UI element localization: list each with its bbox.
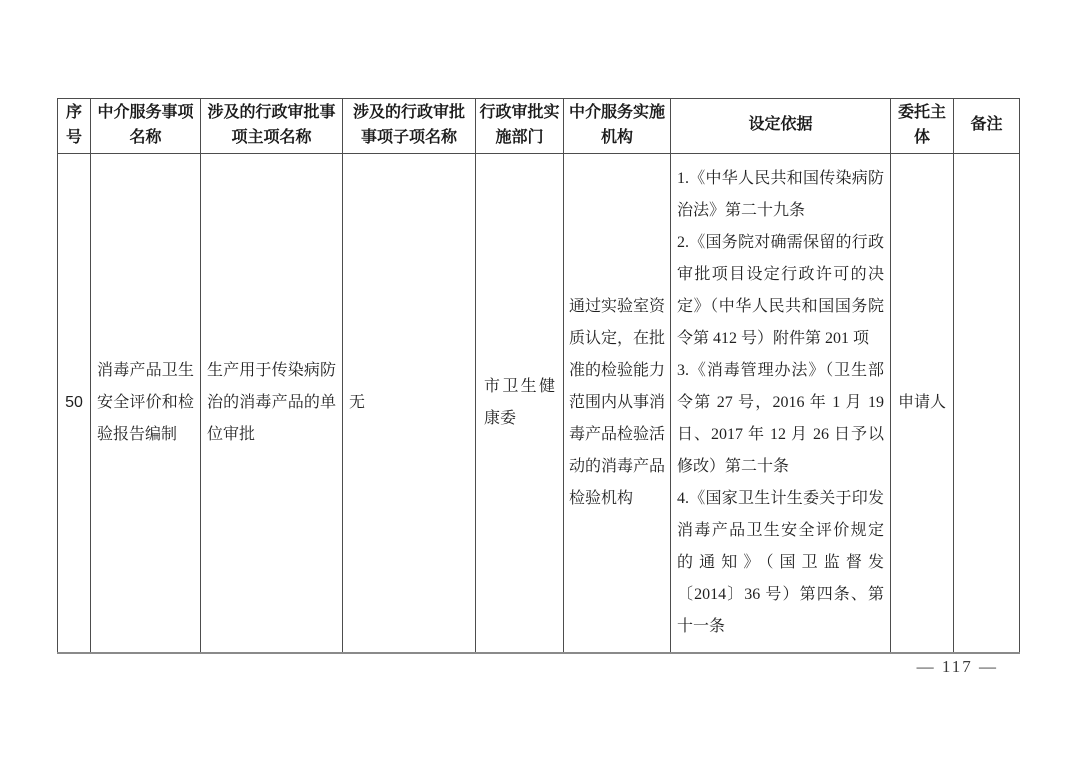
header-row: 序号 中介服务事项名称 涉及的行政审批事项主项名称 涉及的行政审批事项子项名称 … xyxy=(58,99,1020,154)
header-service-name: 中介服务事项名称 xyxy=(91,99,201,154)
cell-principal: 申请人 xyxy=(891,153,954,653)
header-main-item-name: 涉及的行政审批事项主项名称 xyxy=(201,99,343,154)
header-implementing-org: 中介服务实施机构 xyxy=(564,99,671,154)
cell-service-name: 消毒产品卫生安全评价和检验报告编制 xyxy=(91,153,201,653)
table-row: 50 消毒产品卫生安全评价和检验报告编制 生产用于传染病防治的消毒产品的单位审批… xyxy=(58,153,1020,653)
cell-legal-basis: 1.《中华人民共和国传染病防治法》第二十九条2.《国务院对确需保留的行政审批项目… xyxy=(671,153,891,653)
header-approval-department: 行政审批实施部门 xyxy=(476,99,564,154)
header-remarks: 备注 xyxy=(954,99,1020,154)
legal-basis-item: 2.《国务院对确需保留的行政审批项目设定行政许可的决定》（中华人民共和国国务院令… xyxy=(677,227,884,355)
cell-remarks xyxy=(954,153,1020,653)
cell-main-item-name: 生产用于传染病防治的消毒产品的单位审批 xyxy=(201,153,343,653)
legal-basis-item: 4.《国家卫生计生委关于印发消毒产品卫生安全评价规定的通知》（国卫监督发〔201… xyxy=(677,483,884,643)
header-seq: 序号 xyxy=(58,99,91,154)
document-page: 序号 中介服务事项名称 涉及的行政审批事项主项名称 涉及的行政审批事项子项名称 … xyxy=(0,0,1074,757)
header-legal-basis: 设定依据 xyxy=(671,99,891,154)
header-sub-item-name: 涉及的行政审批事项子项名称 xyxy=(343,99,476,154)
cell-seq: 50 xyxy=(58,153,91,653)
legal-basis-item: 3.《消毒管理办法》（卫生部令第 27 号，2016 年 1 月 19 日、20… xyxy=(677,355,884,483)
cell-implementing-org: 通过实验室资质认定，在批准的检验能力范围内从事消毒产品检验活动的消毒产品检验机构 xyxy=(564,153,671,653)
header-principal: 委托主体 xyxy=(891,99,954,154)
cell-approval-department: 市卫生健康委 xyxy=(476,153,564,653)
intermediary-services-table: 序号 中介服务事项名称 涉及的行政审批事项主项名称 涉及的行政审批事项子项名称 … xyxy=(57,98,1020,654)
page-number: — 117 — xyxy=(917,657,998,677)
legal-basis-item: 1.《中华人民共和国传染病防治法》第二十九条 xyxy=(677,163,884,227)
cell-sub-item-name: 无 xyxy=(343,153,476,653)
